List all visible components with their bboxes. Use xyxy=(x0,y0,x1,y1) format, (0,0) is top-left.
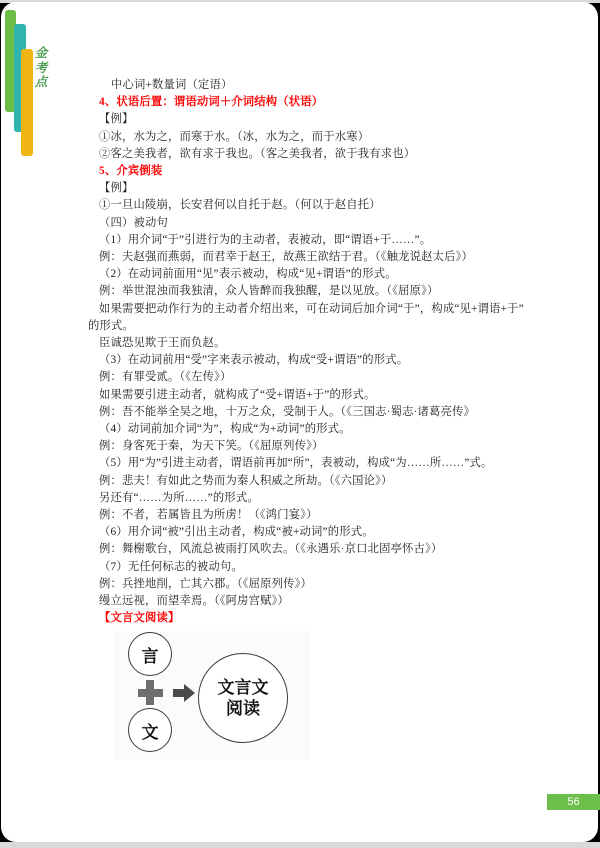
brand-char: 点 xyxy=(32,75,50,90)
text-line: 缦立远视，而望幸焉。（《阿房宫赋》） xyxy=(88,593,533,610)
text-line: 如果需要引进主动者，就构成了“受+谓语+于”的形式。 xyxy=(88,387,533,404)
text-line: ①一旦山陵崩，长安君何以自托于赵。（何以于赵自托） xyxy=(88,197,533,214)
page-number: 56 xyxy=(567,796,579,808)
text-line: （6）用介词“被”引出主动者，构成“被+动词”的形式。 xyxy=(88,524,533,541)
section-heading-5: 5、介宾倒装 xyxy=(88,163,533,180)
text-line: 例：悲夫！有如此之势而为秦人积威之所劫。（《六国论》） xyxy=(88,473,533,490)
circle-wenyanwen-reading: 文言文 阅读 xyxy=(198,653,288,743)
document-page: 金 考 点 中心词+数量词（定语） 4、状语后置：谓语动词＋介词结构（状语） 【… xyxy=(1,2,598,842)
section-heading-wenyanwen-reading: 【文言文阅读】 xyxy=(88,610,533,627)
example-label: 【例】 xyxy=(88,180,533,197)
circle-yan-label: 言 xyxy=(142,642,159,667)
text-line: 臣诚恐见欺于王而负赵。 xyxy=(88,335,533,352)
text-line: 例：吾不能举全吴之地，十万之众，受制于人。（《三国志·蜀志·诸葛亮传》 xyxy=(88,404,533,421)
example-label: 【例】 xyxy=(88,111,533,128)
subsection-heading-passive: （四）被动句 xyxy=(88,215,533,232)
brand-jinkaodian: 金 考 点 xyxy=(32,46,50,90)
circle-result-label-line1: 文言文 xyxy=(218,677,269,698)
text-line: 例：舞榭歌台，风流总被雨打风吹去。（《永遇乐·京口北固亭怀古》） xyxy=(88,541,533,558)
text-line: （3）在动词前用“受”字来表示被动，构成“受+谓语”的形式。 xyxy=(88,352,533,369)
text-line: 的形式。 xyxy=(88,318,533,335)
text-line: 例：身客死于秦，为天下笑。（《屈原列传》） xyxy=(88,438,533,455)
text-line: 如果需要把动作行为的主动者介绍出来，可在动词后加介词“于”，构成“见+谓语+于” xyxy=(88,301,533,318)
text-line: 例：举世混浊而我独清，众人皆醉而我独醒，是以见放。（《屈原》） xyxy=(88,283,533,300)
brand-char: 考 xyxy=(32,61,50,76)
circle-wen: 文 xyxy=(128,708,172,752)
body-text: 中心词+数量词（定语） 4、状语后置：谓语动词＋介词结构（状语） 【例】 ①冰，… xyxy=(88,77,533,628)
right-arrow-icon xyxy=(173,689,184,697)
right-arrow-icon xyxy=(184,684,195,702)
text-line: （5）用“为”引进主动者，谓语前再加“所”，表被动，构成“为……所……”式。 xyxy=(88,455,533,472)
section-heading-4: 4、状语后置：谓语动词＋介词结构（状语） xyxy=(88,94,533,111)
plus-icon xyxy=(146,680,154,705)
text-line: （7）无任何标志的被动句。 xyxy=(88,559,533,576)
text-line: 例：不者，若属皆且为所虏！（《鸿门宴》） xyxy=(88,507,533,524)
text-line: 另还有“……为所……”的形式。 xyxy=(88,490,533,507)
text-line: （2）在动词前面用“见”表示被动，构成“见+谓语”的形式。 xyxy=(88,266,533,283)
text-line: 例：有罪受贰。（《左传》） xyxy=(88,369,533,386)
text-line: 例：夫赵强而燕弱，而君幸于赵王，故燕王欲结于君。（《触龙说赵太后》） xyxy=(88,249,533,266)
circle-result-label-line2: 阅读 xyxy=(226,698,260,719)
circle-yan: 言 xyxy=(128,632,172,676)
frame-strip-bottom xyxy=(0,842,600,848)
text-line: （1）用介词“于”引进行为的主动者，表被动，即“谓语+于……”。 xyxy=(88,232,533,249)
page-number-badge: 56 xyxy=(547,794,600,810)
wenyanwen-concept-diagram: 言 文 文言文 阅读 xyxy=(114,631,310,759)
text-line: ②客之美我者，欲有求于我也。（客之美我者，欲于我有求也） xyxy=(88,146,533,163)
text-line: 中心词+数量词（定语） xyxy=(88,77,533,94)
brand-char: 金 xyxy=(32,46,50,61)
text-line: （4）动词前加介词“为”，构成“为+动词”的形式。 xyxy=(88,421,533,438)
text-line: ①冰，水为之，而寒于水。（冰，水为之，而于水寒） xyxy=(88,129,533,146)
text-line: 例：兵挫地削，亡其六郡。（《屈原列传》） xyxy=(88,576,533,593)
circle-wen-label: 文 xyxy=(142,718,159,743)
